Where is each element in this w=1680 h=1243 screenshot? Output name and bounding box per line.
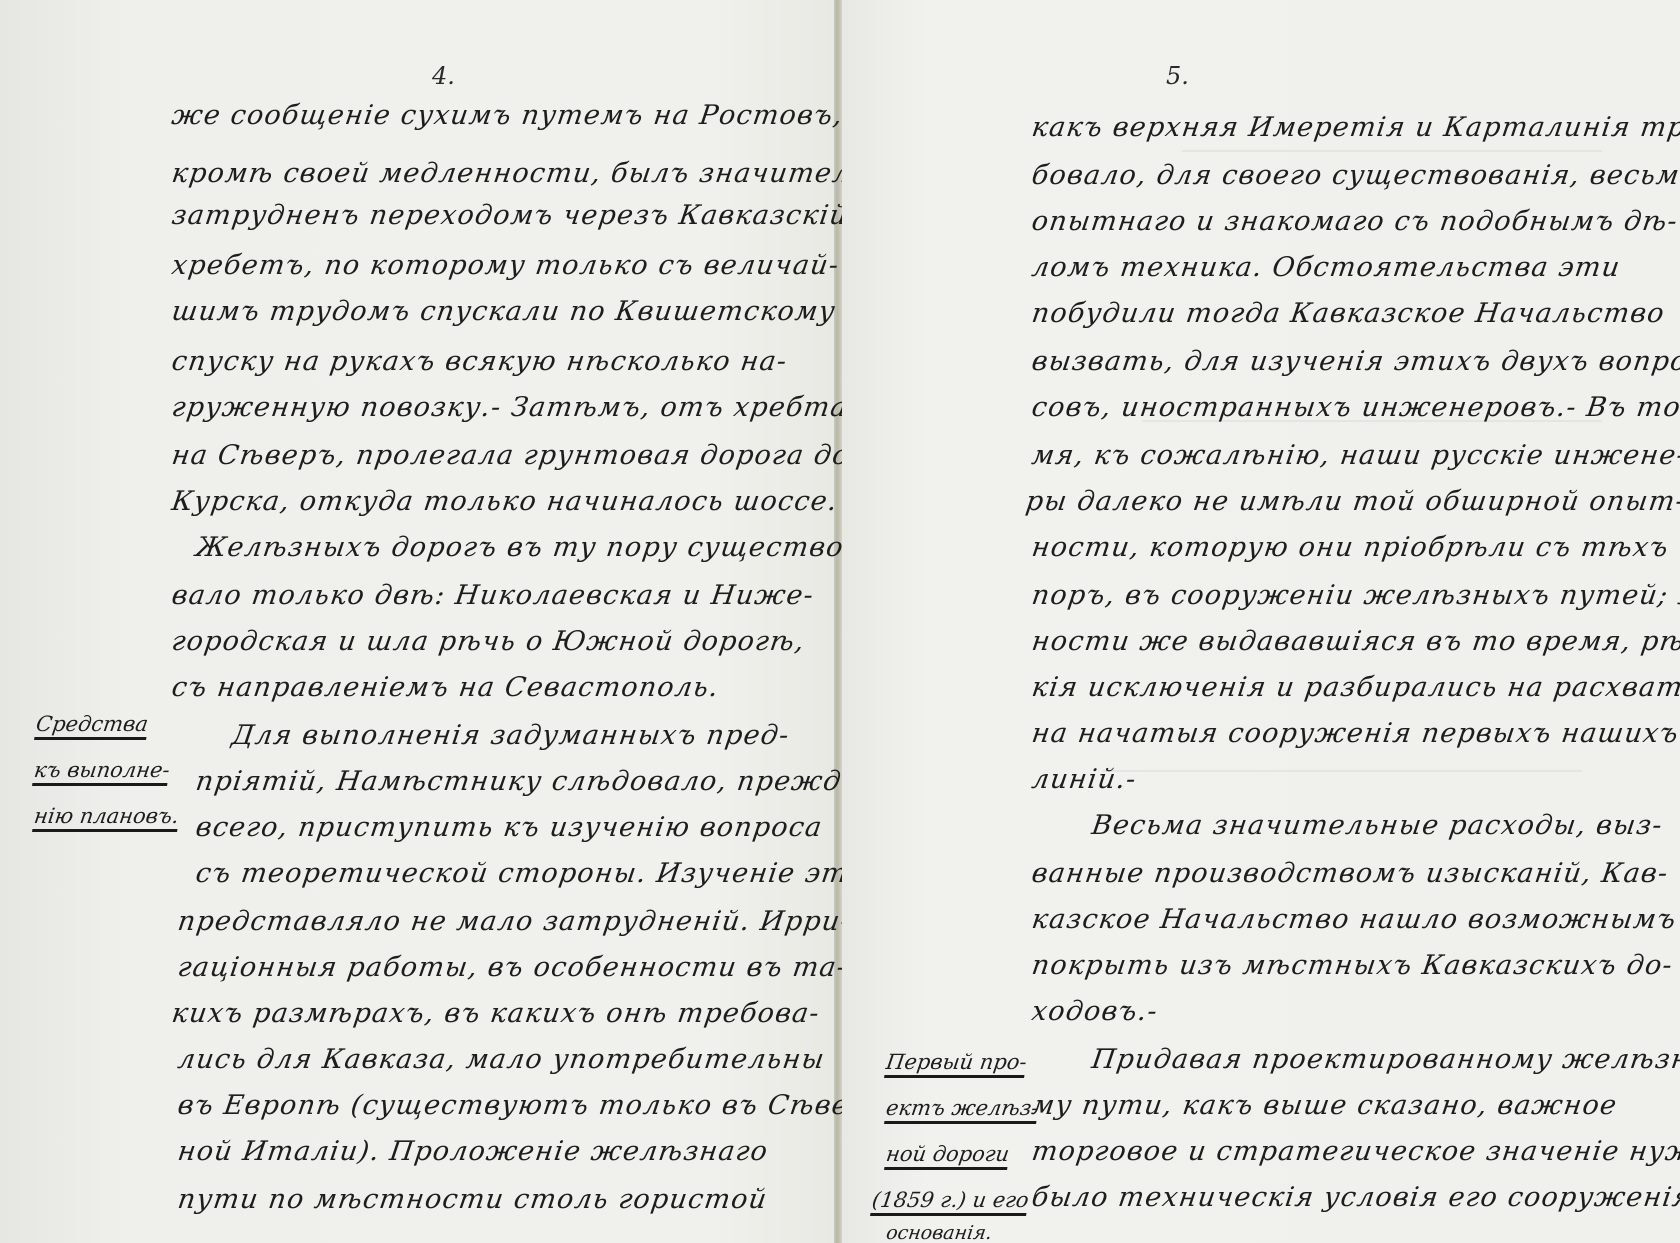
page-number: 4. bbox=[432, 62, 455, 90]
text-line: ности же выдававшіяся въ то время, рѣд- bbox=[1030, 626, 1680, 657]
text-line: кія исключенія и разбирались на расхватъ bbox=[1030, 672, 1680, 703]
manuscript-spread: 4. же сообщеніе сухимъ путемъ на Ростовъ… bbox=[0, 0, 1680, 1243]
text-line: гаціонныя работы, въ особенности въ та- bbox=[176, 952, 850, 983]
margin-note: ной дороги bbox=[884, 1142, 1011, 1170]
text-line: мя, къ сожалѣнію, наши русскіе инжене- bbox=[1030, 440, 1680, 471]
text-line: ной Италіи). Проложеніе желѣзнаго bbox=[176, 1136, 771, 1167]
text-line: му пути, какъ выше сказано, важное bbox=[1030, 1090, 1620, 1121]
text-line: ломъ техника. Обстоятельства эти bbox=[1030, 252, 1623, 283]
text-line: затрудненъ переходомъ черезъ Кавказскій bbox=[170, 200, 850, 231]
text-line: торговое и стратегическое значеніе нужно bbox=[1030, 1136, 1680, 1167]
text-line: Весьма значительные расходы, выз- bbox=[1090, 810, 1665, 841]
text-line: съ направленіемъ на Севастополь. bbox=[170, 672, 721, 703]
text-line: совъ, иностранныхъ инженеровъ.- Въ то вр… bbox=[1030, 392, 1680, 423]
text-line: какъ верхняя Имеретія и Карталинія тре- bbox=[1030, 112, 1680, 143]
margin-note: Средства bbox=[34, 712, 150, 740]
text-line: вало только двѣ: Николаевская и Ниже- bbox=[170, 580, 816, 611]
text-line: на Сѣверъ, пролегала грунтовая дорога до bbox=[170, 440, 852, 471]
text-line: кихъ размѣрахъ, въ какихъ онѣ требова- bbox=[170, 998, 822, 1029]
text-line: было техническія условія его сооруженія bbox=[1030, 1182, 1680, 1213]
text-line: пріятій, Намѣстнику слѣдовало, прежде bbox=[194, 766, 861, 797]
text-line: Курска, откуда только начиналось шоссе. bbox=[170, 486, 840, 517]
text-line: представляло не мало затрудненій. Ирри- bbox=[176, 906, 853, 937]
text-line: Придавая проектированному желѣзно- bbox=[1090, 1044, 1680, 1075]
text-line: лись для Кавказа, мало употребительны bbox=[176, 1044, 827, 1075]
right-page: 5. какъ верхняя Имеретія и Карталинія тр… bbox=[842, 0, 1680, 1243]
text-line: опытнаго и знакомаго съ подобнымъ дѣ- bbox=[1030, 206, 1680, 237]
text-line: пути по мѣстности столь гористой bbox=[176, 1184, 770, 1215]
text-line: ванные производствомъ изысканій, Кав- bbox=[1030, 858, 1671, 889]
text-line: побудили тогда Кавказское Начальство bbox=[1030, 298, 1667, 329]
left-page: 4. же сообщеніе сухимъ путемъ на Ростовъ… bbox=[0, 0, 834, 1243]
text-line: кромѣ своей медленности, былъ значительн… bbox=[170, 158, 905, 189]
text-line: всего, приступить къ изученію вопроса bbox=[194, 812, 825, 843]
text-line: въ Европѣ (существуютъ только въ Сѣвер- bbox=[176, 1090, 880, 1121]
text-line: груженную повозку.- Затѣмъ, отъ хребта, bbox=[170, 392, 860, 423]
text-line: ходовъ.- bbox=[1030, 996, 1160, 1027]
margin-note: ектъ желѣз- bbox=[884, 1096, 1040, 1124]
margin-note: (1859 г.) и его bbox=[870, 1188, 1030, 1216]
text-line: городская и шла рѣчь о Южной дорогѣ, bbox=[170, 626, 807, 657]
text-line: поръ, въ сооруженіи желѣзныхъ путей; лич… bbox=[1030, 580, 1680, 611]
text-line: съ теоретической стороны. Изученіе это bbox=[194, 858, 868, 889]
text-line: линій.- bbox=[1030, 764, 1139, 795]
text-line: Желѣзныхъ дорогъ въ ту пору существо- bbox=[194, 532, 856, 563]
text-line: ности, которую они пріобрѣли съ тѣхъ bbox=[1030, 532, 1671, 563]
text-line: ры далеко не имѣли той обширной опыт- bbox=[1024, 486, 1680, 517]
text-line: казское Начальство нашло возможнымъ bbox=[1030, 904, 1679, 935]
margin-note: Первый про- bbox=[884, 1050, 1028, 1078]
text-line: вызвать, для изученія этихъ двухъ вопро- bbox=[1030, 346, 1680, 377]
text-line: спуску на рукахъ всякую нѣсколько на- bbox=[170, 346, 790, 377]
text-line: же сообщеніе сухимъ путемъ на Ростовъ, bbox=[170, 100, 845, 131]
margin-note: нію плановъ. bbox=[32, 804, 180, 832]
text-line: шимъ трудомъ спускали по Квишетскому bbox=[170, 296, 838, 327]
page-number: 5. bbox=[1166, 62, 1189, 90]
text-line: бовало, для своего существованія, весьма bbox=[1030, 160, 1680, 191]
margin-note: основанія. bbox=[884, 1222, 993, 1243]
margin-note: къ выполне- bbox=[32, 758, 171, 786]
text-line: покрыть изъ мѣстныхъ Кавказскихъ до- bbox=[1030, 950, 1675, 981]
text-line: на начатыя сооруженія первыхъ нашихъ bbox=[1030, 718, 1680, 749]
text-line: хребетъ, по которому только съ величай- bbox=[170, 250, 842, 281]
text-line: Для выполненія задуманныхъ пред- bbox=[230, 720, 792, 751]
